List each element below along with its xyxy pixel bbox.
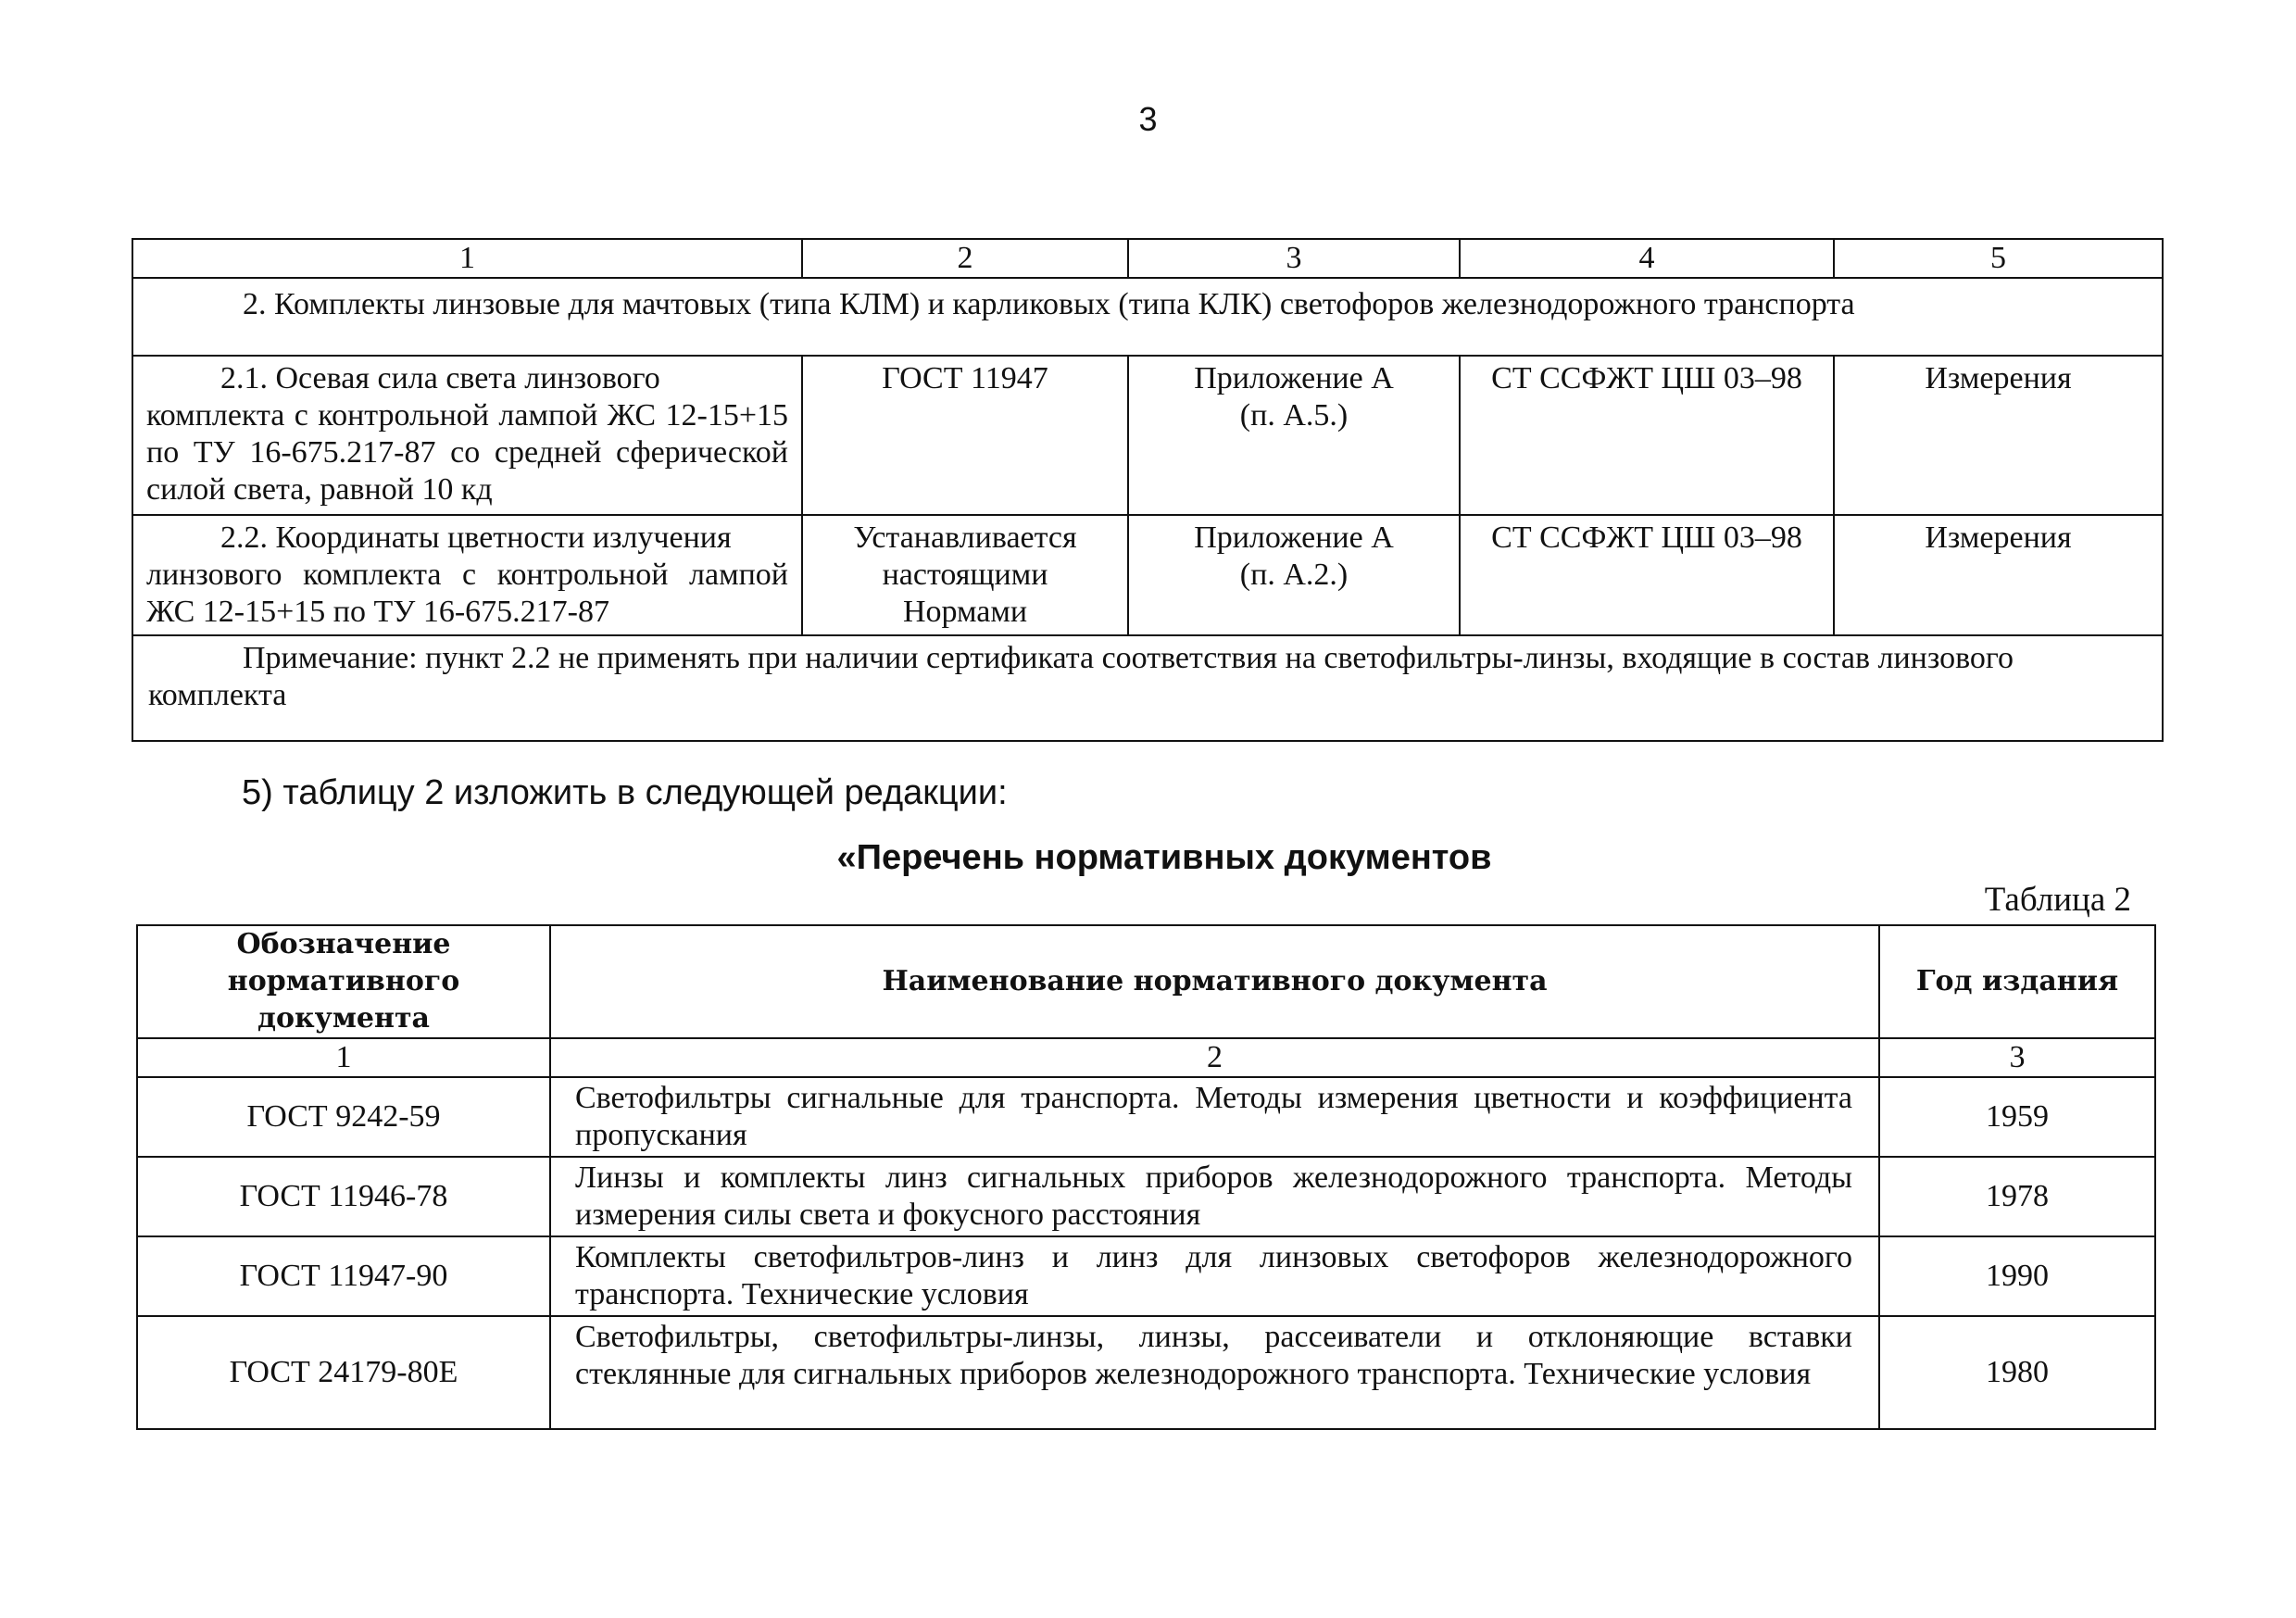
header-year: Год издания bbox=[1879, 925, 2155, 1038]
document-code: ГОСТ 24179-80Е bbox=[137, 1316, 550, 1429]
document-name: Светофильтры сигнальные для транспорта. … bbox=[550, 1077, 1879, 1157]
document-name: Линзы и комплекты линз сигнальных прибор… bbox=[550, 1157, 1879, 1236]
document-code: ГОСТ 11946-78 bbox=[137, 1157, 550, 1236]
standard-cell: СТ ССФЖТ ЦШ 03–98 bbox=[1460, 515, 1834, 635]
control-cell: Измерения bbox=[1834, 515, 2163, 635]
method-line: Приложение А bbox=[1129, 360, 1459, 397]
method-cell: Приложение А (п. А.5.) bbox=[1128, 356, 1460, 515]
table-row: 2.1. Осевая сила света линзового комплек… bbox=[132, 356, 2163, 515]
document-code: ГОСТ 11947-90 bbox=[137, 1236, 550, 1316]
table-note: Примечание: пункт 2.2 не применять при н… bbox=[148, 640, 2147, 714]
header-row: Обозначение нормативного документа Наиме… bbox=[137, 925, 2155, 1038]
document-year: 1980 bbox=[1879, 1316, 2155, 1429]
document-year: 1990 bbox=[1879, 1236, 2155, 1316]
method-line: (п. А.5.) bbox=[1129, 397, 1459, 434]
table2-label: Таблица 2 bbox=[1985, 880, 2131, 920]
requirement-description: 2.1. Осевая сила света линзового комплек… bbox=[132, 356, 802, 515]
column-number: 1 bbox=[132, 239, 802, 278]
table-row: ГОСТ 11946-78 Линзы и комплекты линз сиг… bbox=[137, 1157, 2155, 1236]
table-row: ГОСТ 11947-90 Комплекты светофильтров-ли… bbox=[137, 1236, 2155, 1316]
column-number: 4 bbox=[1460, 239, 1834, 278]
table-row: ГОСТ 24179-80Е Светофильтры, светофильтр… bbox=[137, 1316, 2155, 1429]
column-number: 3 bbox=[1128, 239, 1460, 278]
document-year: 1959 bbox=[1879, 1077, 2155, 1157]
table2-title: «Перечень нормативных документов bbox=[0, 838, 2296, 878]
document-code: ГОСТ 9242-59 bbox=[137, 1077, 550, 1157]
method-cell: Приложение А (п. А.2.) bbox=[1128, 515, 1460, 635]
method-line: (п. А.2.) bbox=[1129, 557, 1459, 594]
table-row: 2.2. Координаты цветности излучения линз… bbox=[132, 515, 2163, 635]
document-year: 1978 bbox=[1879, 1157, 2155, 1236]
section-heading-row: 2. Комплекты линзовые для мачтовых (типа… bbox=[132, 278, 2163, 356]
column-number: 3 bbox=[1879, 1038, 2155, 1077]
column-number-row: 1 2 3 bbox=[137, 1038, 2155, 1077]
document-name: Комплекты светофильтров-линз и линз для … bbox=[550, 1236, 1879, 1316]
section-heading: 2. Комплекты линзовые для мачтовых (типа… bbox=[133, 286, 2162, 323]
table-row: ГОСТ 9242-59 Светофильтры сигнальные для… bbox=[137, 1077, 2155, 1157]
document-name: Светофильтры, светофильтры-линзы, линзы,… bbox=[550, 1316, 1879, 1429]
header-designation: Обозначение нормативного документа bbox=[137, 925, 550, 1038]
normative-documents-table: Обозначение нормативного документа Наиме… bbox=[136, 924, 2156, 1430]
requirement-description: 2.2. Координаты цветности излучения линз… bbox=[132, 515, 802, 635]
standard-cell: СТ ССФЖТ ЦШ 03–98 bbox=[1460, 356, 1834, 515]
column-number: 2 bbox=[550, 1038, 1879, 1077]
description-rest: комплекта с контрольной лампой ЖС 12-15+… bbox=[146, 398, 788, 507]
column-number: 5 bbox=[1834, 239, 2163, 278]
description-rest: линзового комплекта с контрольной лампой… bbox=[146, 558, 788, 629]
page-number: 3 bbox=[0, 100, 2296, 139]
description-first-line: 2.2. Координаты цветности излучения bbox=[146, 520, 788, 557]
description-first-line: 2.1. Осевая сила света линзового bbox=[146, 360, 788, 397]
column-number: 2 bbox=[802, 239, 1128, 278]
instruction-paragraph: 5) таблицу 2 изложить в следующей редакц… bbox=[242, 773, 1008, 813]
requirements-table: 1 2 3 4 5 2. Комплекты линзовые для мачт… bbox=[132, 238, 2164, 742]
method-line: Приложение А bbox=[1129, 520, 1459, 557]
column-number-row: 1 2 3 4 5 bbox=[132, 239, 2163, 278]
column-number: 1 bbox=[137, 1038, 550, 1077]
note-row: Примечание: пункт 2.2 не применять при н… bbox=[132, 635, 2163, 741]
norm-cell: Устанавливается настоящими Нормами bbox=[802, 515, 1128, 635]
control-cell: Измерения bbox=[1834, 356, 2163, 515]
header-name: Наименование нормативного документа bbox=[550, 925, 1879, 1038]
norm-cell: ГОСТ 11947 bbox=[802, 356, 1128, 515]
